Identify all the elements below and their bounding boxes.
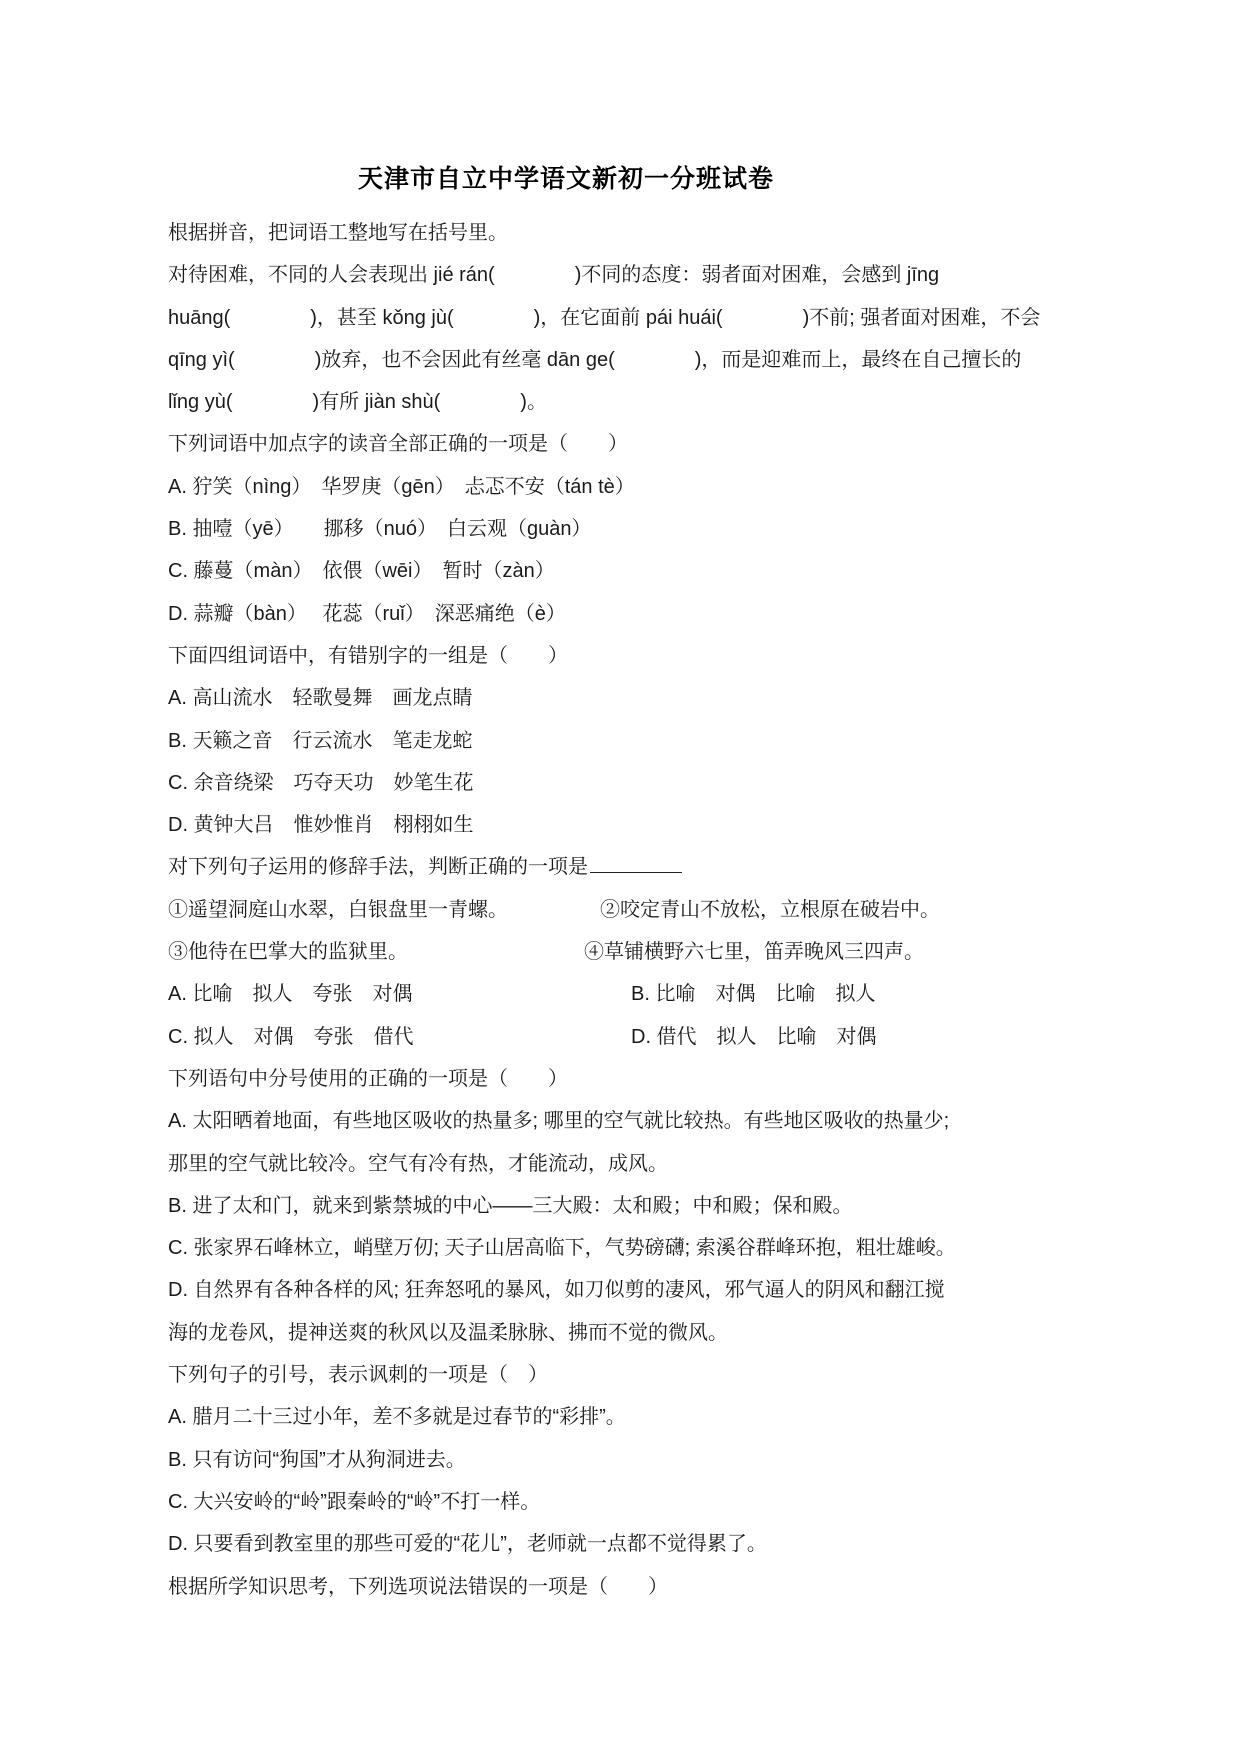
q-rhetoric-option-c: C. 拟人 对偶 夸张 借代 [168, 1026, 414, 1048]
q-rhetoric-sentence-4: ④草铺横野六七里，笛弄晚风三四声。 [584, 931, 924, 973]
q-rhetoric-sentence-3: ③他待在巴掌大的监狱里。 [168, 941, 408, 963]
q-quotes-option-c: C. 大兴安岭的“岭”跟秦岭的“岭”不打一样。 [168, 1481, 1084, 1523]
pinyin-instruction: 根据拼音，把词语工整地写在括号里。 [168, 212, 1084, 254]
q-rhetoric-option-a: A. 比喻 拟人 夸张 对偶 [168, 983, 412, 1005]
q-semicolon-option-a-line-2: 那里的空气就比较冷。空气有冷有热，才能流动，成风。 [168, 1143, 1084, 1185]
q-quotes-option-a: A. 腊月二十三过小年，差不多就是过春节的“彩排”。 [168, 1396, 1084, 1438]
pinyin-paragraph-line: 对待困难，不同的人会表现出 jié rán( )不同的态度：弱者面对困难，会感到… [168, 254, 1084, 296]
q-semicolon-option-d-line-2: 海的龙卷风，提神送爽的秋风以及温柔脉脉、拂而不觉的微风。 [168, 1312, 1084, 1354]
q-rhetoric-sentence-row: ①遥望洞庭山水翠，白银盘里一青螺。②咬定青山不放松，立根原在破岩中。 [168, 889, 1084, 931]
answer-blank-underline [590, 852, 682, 873]
pinyin-paragraph-line: qīng yì( )放弃，也不会因此有丝毫 dān ge( )，而是迎难而上，最… [168, 339, 1084, 381]
q-semicolon-option-a-line-1: A. 太阳晒着地面，有些地区吸收的热量多; 哪里的空气就比较热。有些地区吸收的热… [168, 1100, 1084, 1142]
q-rhetoric-stem: 对下列句子运用的修辞手法，判断正确的一项是 [168, 846, 1084, 888]
q-rhetoric-option-d: D. 借代 拟人 比喻 对偶 [631, 1016, 877, 1058]
q-quotes-stem: 下列句子的引号，表示讽刺的一项是（ ） [168, 1354, 1084, 1396]
q-pronunciation-option-b: B. 抽噎（yē） 挪移（nuó） 白云观（guàn） [168, 508, 1084, 550]
q-rhetoric-sentence-row: ③他待在巴掌大的监狱里。④草铺横野六七里，笛弄晚风三四声。 [168, 931, 1084, 973]
q-rhetoric-option-row: A. 比喻 拟人 夸张 对偶B. 比喻 对偶 比喻 拟人 [168, 973, 1084, 1015]
exam-page: 天津市自立中学语文新初一分班试卷 根据拼音，把词语工整地写在括号里。 对待困难，… [0, 0, 1241, 1754]
q-rhetoric-sentence-1: ①遥望洞庭山水翠，白银盘里一青螺。 [168, 899, 508, 921]
q-pronunciation-option-a: A. 狞笑（nìng） 华罗庚（gēn） 忐忑不安（tán tè） [168, 466, 1084, 508]
q-rhetoric-sentence-2: ②咬定青山不放松，立根原在破岩中。 [600, 889, 940, 931]
q-pronunciation-stem: 下列词语中加点字的读音全部正确的一项是（ ） [168, 423, 1084, 465]
q-semicolon-option-d-line-1: D. 自然界有各种各样的风; 狂奔怒吼的暴风，如刀似剪的凄风，邪气逼人的阴风和翻… [168, 1269, 1084, 1311]
q-typo-stem: 下面四组词语中，有错别字的一组是（ ） [168, 635, 1084, 677]
q-rhetoric-stem-text: 对下列句子运用的修辞手法，判断正确的一项是 [168, 856, 588, 878]
exam-title: 天津市自立中学语文新初一分班试卷 [112, 159, 1020, 195]
q-rhetoric-option-b: B. 比喻 对偶 比喻 拟人 [631, 973, 875, 1015]
q-semicolon-option-b: B. 进了太和门，就来到紫禁城的中心——三大殿：太和殿；中和殿；保和殿。 [168, 1185, 1084, 1227]
q-typo-option-b: B. 天籁之音 行云流水 笔走龙蛇 [168, 720, 1084, 762]
q-pronunciation-option-d: D. 蒜瓣（bàn） 花蕊（ruǐ） 深恶痛绝（è） [168, 593, 1084, 635]
q-semicolon-stem: 下列语句中分号使用的正确的一项是（ ） [168, 1058, 1084, 1100]
q-typo-option-d: D. 黄钟大吕 惟妙惟肖 栩栩如生 [168, 804, 1084, 846]
q-rhetoric-option-row: C. 拟人 对偶 夸张 借代D. 借代 拟人 比喻 对偶 [168, 1016, 1084, 1058]
q-knowledge-stem: 根据所学知识思考，下列选项说法错误的一项是（ ） [168, 1566, 1084, 1608]
exam-body: 根据拼音，把词语工整地写在括号里。 对待困难，不同的人会表现出 jié rán(… [168, 212, 1084, 1608]
q-quotes-option-d: D. 只要看到教室里的那些可爱的“花儿”，老师就一点都不觉得累了。 [168, 1523, 1084, 1565]
q-quotes-option-b: B. 只有访问“狗国”才从狗洞进去。 [168, 1439, 1084, 1481]
q-typo-option-a: A. 高山流水 轻歌曼舞 画龙点睛 [168, 677, 1084, 719]
q-typo-option-c: C. 余音绕梁 巧夺天功 妙笔生花 [168, 762, 1084, 804]
q-pronunciation-option-c: C. 藤蔓（màn） 依偎（wēi） 暂时（zàn） [168, 550, 1084, 592]
pinyin-paragraph-line: lǐng yù( )有所 jiàn shù( )。 [168, 381, 1084, 423]
pinyin-paragraph-line: huāng( )，甚至 kǒng jù( )，在它面前 pái huái( )不… [168, 297, 1084, 339]
q-semicolon-option-c: C. 张家界石峰林立，峭壁万仞; 天子山居高临下，气势磅礴; 索溪谷群峰环抱，粗… [168, 1227, 1084, 1269]
